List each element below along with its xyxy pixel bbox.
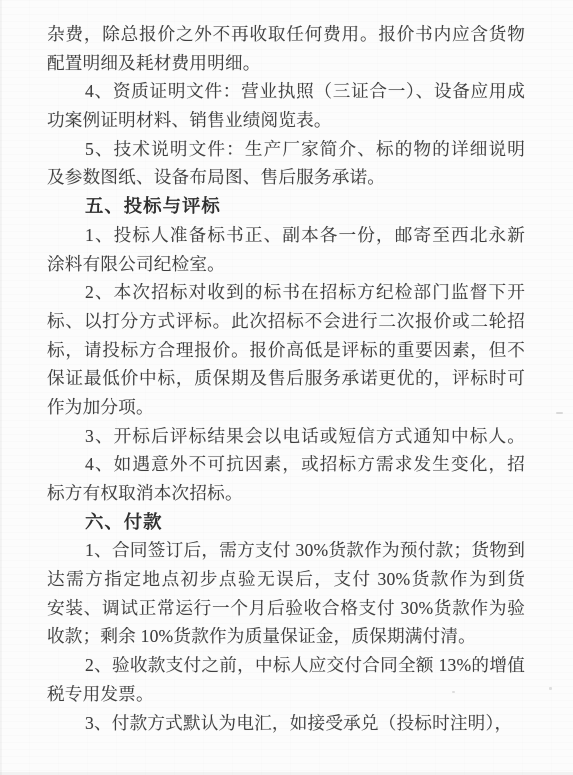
text-line: 保证最低价中标，质保期及售后服务承诺更优的，评标时可 (47, 364, 525, 393)
text-line: 功案例证明材料、销售业绩阅览表。 (47, 106, 525, 135)
text-line: 5、技术说明文件：生产厂家简介、标的物的详细说明 (47, 135, 525, 164)
text-line: 1、合同签订后，需方支付 30%货款作为预付款；货物到 (47, 536, 525, 565)
text-line: 标，请投标方合理报价。报价高低是评标的重要因素，但不 (47, 336, 525, 365)
text-line: 达需方指定地点初步点验无误后，支付 30%货款作为到货款； (47, 565, 525, 594)
scan-speck (452, 691, 455, 693)
text-line: 及参数图纸、设备布局图、售后服务承诺。 (47, 163, 525, 192)
scan-speck (549, 687, 552, 690)
text-line: 涂料有限公司纪检室。 (47, 250, 525, 279)
text-line: 1、投标人准备标书正、副本各一份，邮寄至西北永新 (47, 221, 525, 250)
text-line: 标方有权取消本次招标。 (47, 479, 525, 508)
text-line: 税专用发票。 (47, 680, 525, 709)
scan-speck (556, 412, 563, 414)
text-line: 配置明细及耗材费用明细。 (47, 49, 525, 78)
section-heading: 五、投标与评标 (47, 192, 525, 221)
text-line: 3、付款方式默认为电汇，如接受承兑（投标时注明）， (47, 709, 525, 738)
text-line: 2、本次招标对收到的标书在招标方纪检部门监督下开 (47, 278, 525, 307)
text-line: 杂费，除总报价之外不再收取任何费用。报价书内应含货物 (47, 20, 525, 49)
text-line: 收款；剩余 10%货款作为质量保证金，质保期满付清。 (47, 622, 525, 651)
text-line: 作为加分项。 (47, 393, 525, 422)
text-line: 安装、调试正常运行一个月后验收合格支付 30%货款作为验 (47, 594, 525, 623)
text-line: 4、资质证明文件：营业执照（三证合一）、设备应用成 (47, 77, 525, 106)
document-page: 杂费，除总报价之外不再收取任何费用。报价书内应含货物配置明细及耗材费用明细。4、… (0, 0, 573, 775)
document-body: 杂费，除总报价之外不再收取任何费用。报价书内应含货物配置明细及耗材费用明细。4、… (47, 20, 525, 737)
text-line: 2、验收款支付之前，中标人应交付合同全额 13%的增值 (47, 651, 525, 680)
text-line: 标、以打分方式评标。此次招标不会进行二次报价或二轮招 (47, 307, 525, 336)
scan-edge-left (0, 0, 2, 775)
section-heading: 六、付款 (47, 508, 525, 537)
text-line: 3、开标后评标结果会以电话或短信方式通知中标人。 (47, 422, 525, 451)
text-line: 4、如遇意外不可抗因素，或招标方需求发生变化，招 (47, 450, 525, 479)
